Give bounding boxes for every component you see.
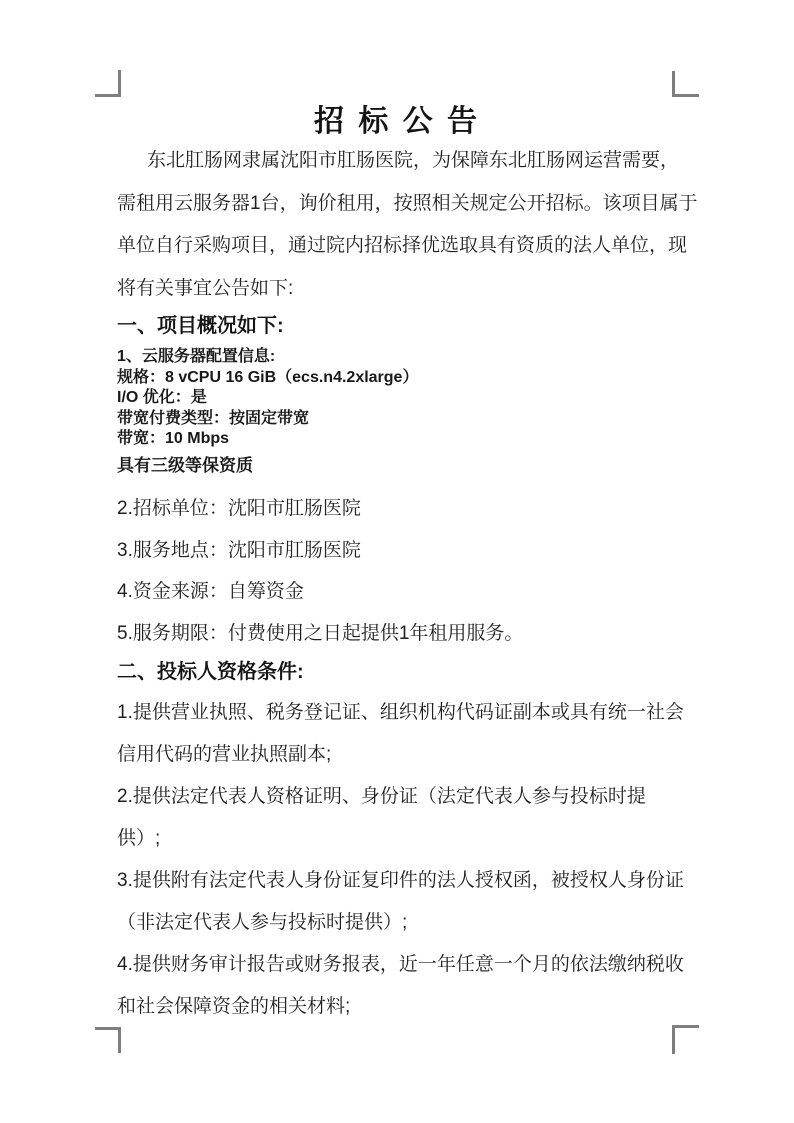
config-line-title: 1、云服务器配置信息:: [117, 347, 715, 368]
config-line-bandwidth: 带宽：10 Mbps: [117, 429, 715, 450]
crop-mark-top-right-icon: [672, 71, 699, 97]
server-config-block: 1、云服务器配置信息: 规格：8 vCPU 16 GiB（ecs.n4.2xla…: [117, 347, 715, 450]
section1-heading: 一、项目概况如下:: [117, 312, 715, 340]
config-line-spec: 规格：8 vCPU 16 GiB（ecs.n4.2xlarge）: [117, 368, 715, 389]
bidder-requirements-list: 1.提供营业执照、税务登记证、组织机构代码证副本或具有统一社会 信用代码的营业执…: [117, 692, 715, 1028]
crop-mark-top-left-icon: [95, 70, 121, 97]
config-line-io: I/O 优化：是: [117, 388, 715, 409]
section2-heading: 二、投标人资格条件:: [117, 658, 715, 686]
overview-item-funding-source: 4.资金来源：自筹资金: [117, 571, 715, 613]
crop-mark-bottom-left-icon: [95, 1027, 121, 1053]
intro-paragraph: 东北肛肠网隶属沈阳市肛肠医院，为保障东北肛肠网运营需要， 需租用云服务器1台，询…: [117, 140, 715, 310]
overview-item-tender-unit: 2.招标单位：沈阳市肛肠医院: [117, 488, 715, 530]
config-line-bandwidth-type: 带宽付费类型：按固定带宽: [117, 409, 715, 430]
crop-mark-bottom-right-icon: [672, 1025, 699, 1054]
document-page: 招 标 公 告 东北肛肠网隶属沈阳市肛肠医院，为保障东北肛肠网运营需要， 需租用…: [0, 0, 794, 1123]
project-overview-list: 2.招标单位：沈阳市肛肠医院 3.服务地点：沈阳市肛肠医院 4.资金来源：自筹资…: [117, 488, 715, 654]
requirement-item-authorization: 3.提供附有法定代表人身份证复印件的法人授权函，被授权人身份证 （非法定代表人参…: [117, 860, 715, 944]
requirement-item-financial: 4.提供财务审计报告或财务报表，近一年任意一个月的依法缴纳税收 和社会保障资金的…: [117, 944, 715, 1028]
page-title: 招 标 公 告: [0, 96, 794, 140]
qualification-note: 具有三级等保资质: [117, 455, 715, 477]
overview-item-service-location: 3.服务地点：沈阳市肛肠医院: [117, 530, 715, 572]
requirement-item-license: 1.提供营业执照、税务登记证、组织机构代码证副本或具有统一社会 信用代码的营业执…: [117, 692, 715, 776]
overview-item-service-term: 5.服务期限：付费使用之日起提供1年租用服务。: [117, 613, 715, 655]
requirement-item-legal-representative: 2.提供法定代表人资格证明、身份证（法定代表人参与投标时提 供）;: [117, 776, 715, 860]
